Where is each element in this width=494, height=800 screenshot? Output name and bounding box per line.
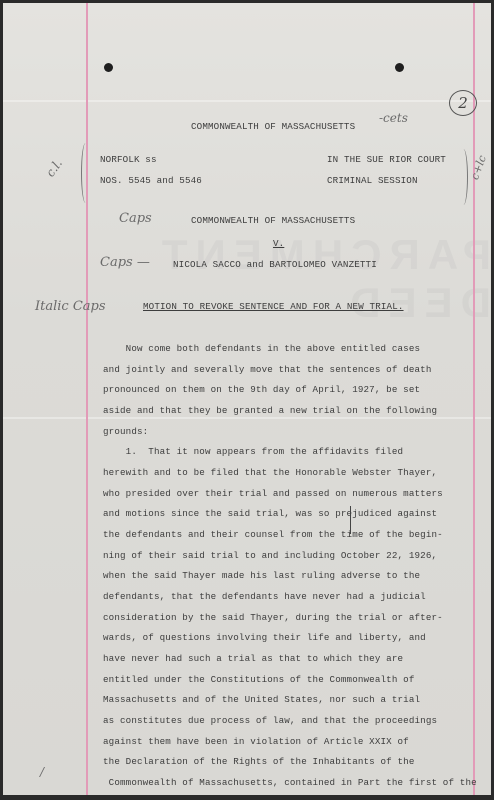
body-line: wards, of questions involving their life…: [103, 632, 426, 643]
body-line: who presided over their trial and passed…: [103, 488, 443, 499]
body-line: as constitutes due process of law, and t…: [103, 715, 437, 726]
left-margin-line: [86, 3, 88, 795]
body-line: ning of their said trial to and includin…: [103, 550, 437, 561]
body-line: when the said Thayer made his last rulin…: [103, 570, 420, 581]
county: NORFOLK ss: [100, 154, 157, 165]
handwritten-left-header-note: c.l.: [43, 157, 65, 180]
body-line: the Declaration of the Rights of the Inh…: [103, 756, 415, 767]
body-line: Now come both defendants in the above en…: [103, 343, 420, 354]
body-line: have never had such a trial as that to w…: [103, 653, 403, 664]
handwritten-italic-caps-note: Italic Caps: [35, 299, 106, 314]
body-line: the defendants and their counsel from th…: [103, 529, 443, 540]
punch-hole-left: [104, 63, 113, 72]
caption-defendants: NICOLA SACCO and BARTOLOMEO VANZETTI: [173, 259, 377, 270]
caption-versus: V.: [273, 238, 284, 249]
body-line: consideration by the said Thayer, during…: [103, 612, 443, 623]
handwritten-left-bracket: [81, 143, 90, 203]
handwritten-right-bracket: [459, 149, 468, 205]
body-line: grounds:: [103, 426, 148, 437]
motion-title: MOTION TO REVOKE SENTENCE AND FOR A NEW …: [143, 301, 404, 312]
page-number-circled: 2: [449, 90, 477, 116]
punch-hole-right: [395, 63, 404, 72]
body-line: Commonwealth of Massachusetts, contained…: [103, 777, 477, 788]
body-line: aside and that they be granted a new tri…: [103, 405, 437, 416]
handwritten-bottom-mark: /: [40, 765, 44, 779]
right-margin-line: [473, 3, 475, 795]
handwritten-right-header-note: c+lc: [468, 154, 489, 182]
body-line: and motions since the said trial, was so…: [103, 508, 437, 519]
court-session: CRIMINAL SESSION: [327, 175, 418, 186]
body-line: against them have been in violation of A…: [103, 736, 409, 747]
caption-plaintiff: COMMONWEALTH OF MASSACHUSETTS: [191, 215, 355, 226]
header-title: COMMONWEALTH OF MASSACHUSETTS: [191, 121, 355, 132]
court-name: IN THE SUE RIOR COURT: [327, 154, 446, 165]
body-line: entitled under the Constitutions of the …: [103, 674, 415, 685]
handwritten-title-note: -cets: [379, 111, 408, 125]
body-line: defendants, that the defendants have nev…: [103, 591, 426, 602]
handwritten-insertion-mark: [350, 506, 351, 534]
document-page: PARCHMENT DEED 2 COMMONWEALTH OF MASSACH…: [3, 3, 491, 795]
handwritten-caps-note-2: Caps —: [100, 255, 150, 270]
body-line: 1. That it now appears from the affidavi…: [103, 446, 403, 457]
body-line: pronounced on them on the 9th day of Apr…: [103, 384, 420, 395]
paper-crease: [3, 100, 491, 102]
body-line: and jointly and severally move that the …: [103, 364, 431, 375]
body-line: herewith and to be filed that the Honora…: [103, 467, 437, 478]
body-line: Massachusetts and of the United States, …: [103, 694, 420, 705]
paper-crease: [3, 417, 491, 419]
case-numbers: NOS. 5545 and 5546: [100, 175, 202, 186]
handwritten-caps-note-1: Caps: [119, 211, 152, 226]
